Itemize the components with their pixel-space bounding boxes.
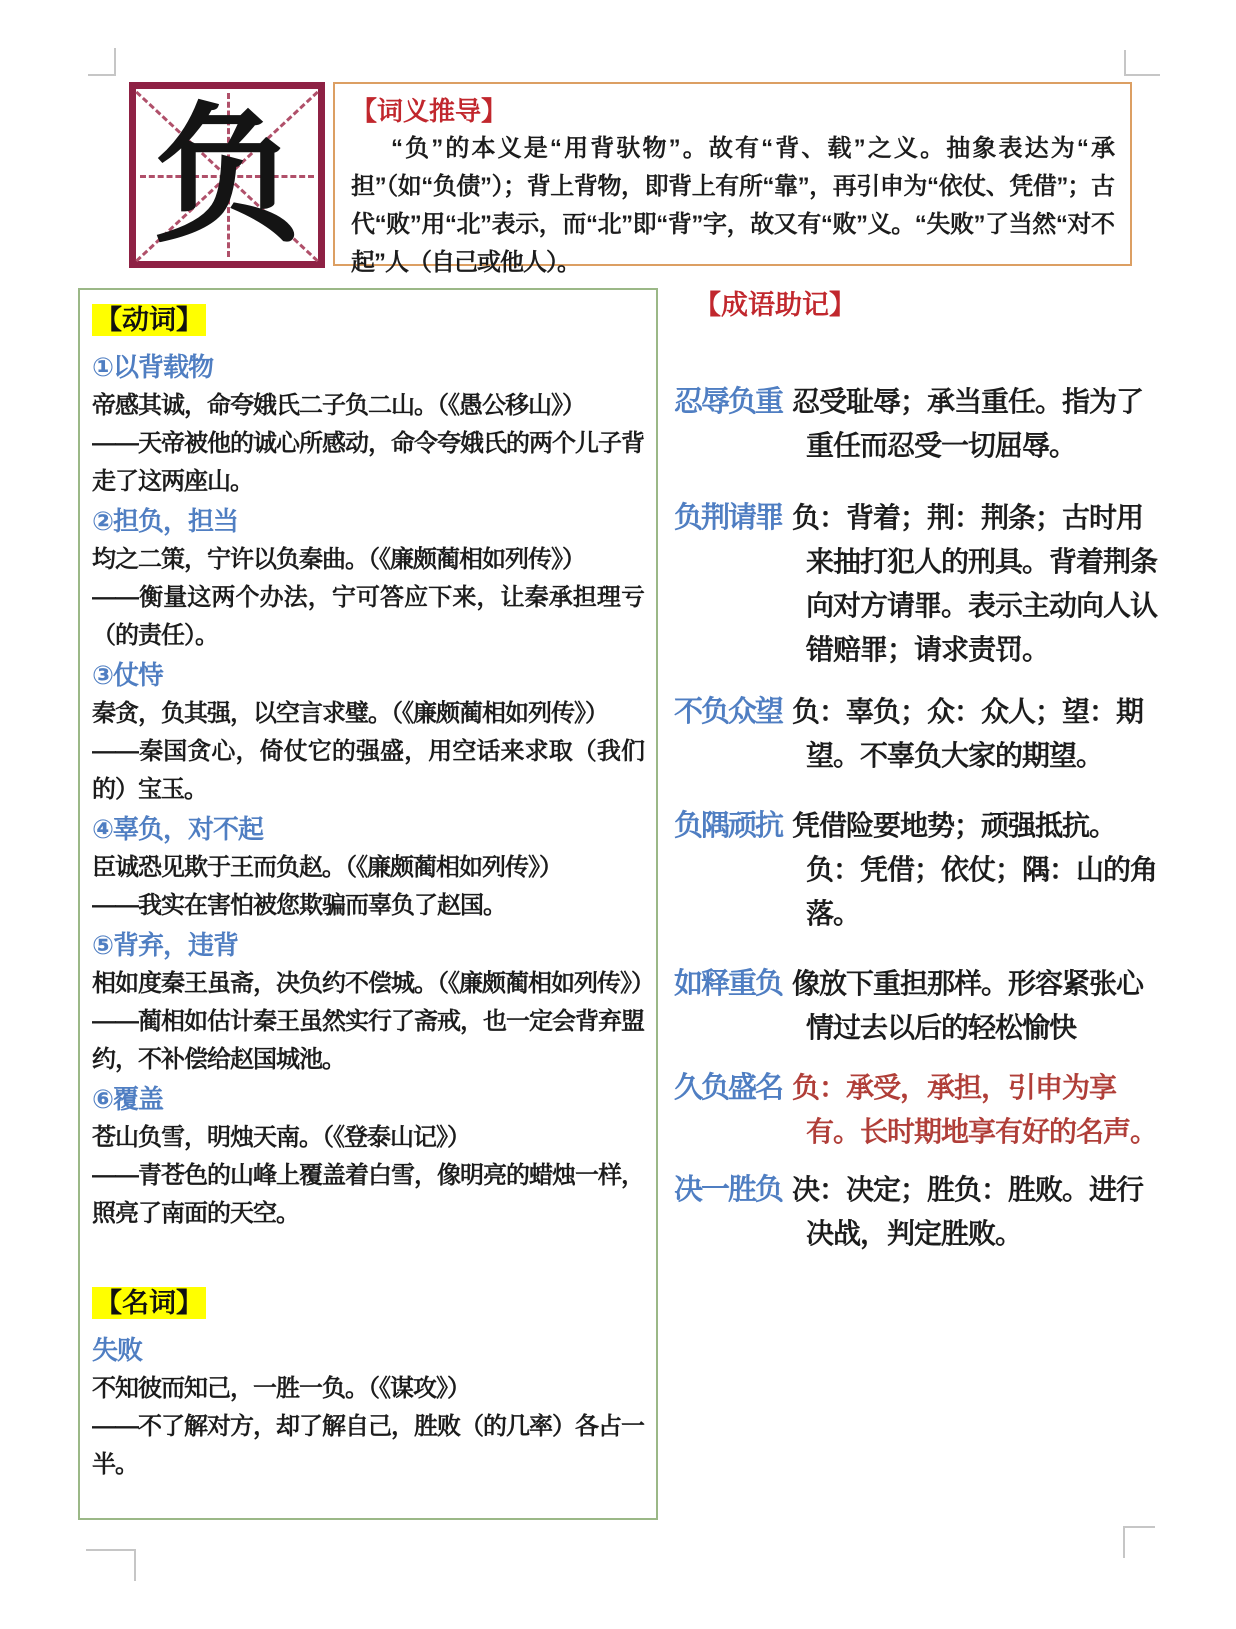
corner-crop-mark-top-left — [88, 48, 116, 76]
idiom-term: 久负盛名 — [674, 1066, 792, 1110]
sense-label: ⑤背弃，违背 — [92, 925, 644, 965]
derivation-box: 【词义推导】 “负”的本义是“用背驮物”。故有“背、载”之义。抽象表达为“承担”… — [333, 82, 1132, 266]
idiom-entry: 如释重负 像放下重担那样。形容紧张心情过去以后的轻松愉快 — [660, 962, 1160, 1050]
idiom-definition: 负：背着；荆：荆条；古时用来抽打犯人的刑具。背着荆条向对方请罪。表示主动向人认错… — [792, 496, 1160, 672]
sense-translation: ——衡量这两个办法，宁可答应下来，让秦承担理亏（的责任）。 — [92, 579, 644, 655]
verb-header-highlight: 【动词】 — [92, 304, 206, 336]
verb-sense: ①以背载物 帝感其诚，命夸娥氏二子负二山。（《愚公移山》） ——天帝被他的诚心所… — [92, 347, 644, 501]
idiom-term: 如释重负 — [674, 962, 792, 1006]
idiom-entry: 负隅顽抗 凭借险要地势；顽强抵抗。 负：凭借；依仗；隅：山的角落。 — [660, 804, 1160, 936]
sense-translation: ——天帝被他的诚心所感动，命令夸娥氏的两个儿子背走了这两座山。 — [92, 425, 644, 501]
idiom-entry: 忍辱负重 忍受耻辱；承当重任。指为了重任而忍受一切屈辱。 — [660, 380, 1160, 468]
idiom-term: 不负众望 — [674, 690, 792, 734]
sense-quote: 相如度秦王虽斋，决负约不偿城。（《廉颇蔺相如列传》） — [92, 965, 644, 1003]
sense-translation: ——青苍色的山峰上覆盖着白雪，像明亮的蜡烛一样，照亮了南面的天空。 — [92, 1157, 644, 1233]
sense-label: 失败 — [92, 1330, 644, 1370]
idiom-entry: 负荆请罪 负：背着；荆：荆条；古时用来抽打犯人的刑具。背着荆条向对方请罪。表示主… — [660, 496, 1160, 672]
verb-sense: ④辜负，对不起 臣诚恐见欺于王而负赵。（《廉颇蔺相如列传》） ——我实在害怕被您… — [92, 809, 644, 925]
noun-section: 【名词】 失败 不知彼而知己，一胜一负。（《谋攻》） ——不了解对方，却了解自己… — [92, 1281, 644, 1484]
verb-sense: ②担负，担当 均之二策，宁许以负秦曲。（《廉颇蔺相如列传》） ——衡量这两个办法… — [92, 501, 644, 655]
verb-section-header: 【动词】 — [92, 298, 644, 347]
sense-quote: 帝感其诚，命夸娥氏二子负二山。（《愚公移山》） — [92, 387, 644, 425]
idiom-panel: 【成语助记】 忍辱负重 忍受耻辱；承当重任。指为了重任而忍受一切屈辱。 负荆请罪… — [660, 288, 1160, 1256]
corner-crop-mark-bottom-right — [1123, 1526, 1155, 1558]
idiom-entry: 久负盛名 负：承受，承担，引申为享有。长时期地享有好的名声。 — [660, 1066, 1160, 1154]
idiom-entry: 决一胜负 决：决定；胜负：胜败。进行决战，判定胜败。 — [660, 1168, 1160, 1256]
idiom-term: 忍辱负重 — [674, 380, 792, 424]
sense-quote: 臣诚恐见欺于王而负赵。（《廉颇蔺相如列传》） — [92, 849, 644, 887]
sense-translation: ——不了解对方，却了解自己，胜败（的几率）各占一半。 — [92, 1408, 644, 1484]
idiom-term: 负隅顽抗 — [674, 804, 792, 848]
idiom-definition-red: 负：承受，承担，引申为享有。长时期地享有好的名声。 — [792, 1066, 1160, 1154]
sense-label: ⑥覆盖 — [92, 1079, 644, 1119]
corner-crop-mark-top-right — [1124, 50, 1160, 76]
idiom-entry: 不负众望 负：辜负；众：众人；望：期望。不辜负大家的期望。 — [660, 690, 1160, 778]
verb-sense: ⑥覆盖 苍山负雪，明烛天南。（《登泰山记》） ——青苍色的山峰上覆盖着白雪，像明… — [92, 1079, 644, 1233]
sense-label: ①以背载物 — [92, 347, 644, 387]
noun-header-highlight: 【名词】 — [92, 1287, 206, 1319]
sense-quote: 均之二策，宁许以负秦曲。（《廉颇蔺相如列传》） — [92, 541, 644, 579]
idiom-definition: 负：辜负；众：众人；望：期望。不辜负大家的期望。 — [792, 690, 1160, 778]
study-sheet-page: 负 【词义推导】 “负”的本义是“用背驮物”。故有“背、载”之义。抽象表达为“承… — [0, 0, 1236, 1629]
sense-label: ③仗恃 — [92, 655, 644, 695]
sense-translation: ——秦国贪心，倚仗它的强盛，用空话来求取（我们的）宝玉。 — [92, 733, 644, 809]
idiom-term: 负荆请罪 — [674, 496, 792, 540]
character-practice-box: 负 — [129, 82, 325, 268]
noun-section-header: 【名词】 — [92, 1281, 644, 1330]
sense-quote: 苍山负雪，明烛天南。（《登泰山记》） — [92, 1119, 644, 1157]
corner-crop-mark-bottom-left — [86, 1549, 136, 1581]
headword-character: 负 — [136, 89, 318, 261]
idiom-definition: 决：决定；胜负：胜败。进行决战，判定胜败。 — [792, 1168, 1160, 1256]
sense-translation: ——我实在害怕被您欺骗而辜负了赵国。 — [92, 887, 644, 925]
idiom-definition: 忍受耻辱；承当重任。指为了重任而忍受一切屈辱。 — [792, 380, 1160, 468]
derivation-body: “负”的本义是“用背驮物”。故有“背、载”之义。抽象表达为“承担”（如“负债”）… — [351, 130, 1114, 282]
sense-label: ④辜负，对不起 — [92, 809, 644, 849]
derivation-title: 【词义推导】 — [351, 94, 1114, 128]
verb-sense: ⑤背弃，违背 相如度秦王虽斋，决负约不偿城。（《廉颇蔺相如列传》） ——蔺相如估… — [92, 925, 644, 1079]
idiom-definition: 像放下重担那样。形容紧张心情过去以后的轻松愉快 — [792, 962, 1160, 1050]
idiom-definition: 凭借险要地势；顽强抵抗。 负：凭借；依仗；隅：山的角落。 — [792, 804, 1160, 936]
sense-quote: 不知彼而知己，一胜一负。（《谋攻》） — [92, 1370, 644, 1408]
sense-label: ②担负，担当 — [92, 501, 644, 541]
verb-sense: ③仗恃 秦贪，负其强，以空言求璧。（《廉颇蔺相如列传》） ——秦国贪心，倚仗它的… — [92, 655, 644, 809]
sense-translation: ——蔺相如估计秦王虽然实行了斋戒，也一定会背弃盟约，不补偿给赵国城池。 — [92, 1003, 644, 1079]
idiom-section-title: 【成语助记】 — [694, 288, 1160, 322]
senses-panel: 【动词】 ①以背载物 帝感其诚，命夸娥氏二子负二山。（《愚公移山》） ——天帝被… — [78, 288, 658, 1520]
idiom-term: 决一胜负 — [674, 1168, 792, 1212]
sense-quote: 秦贪，负其强，以空言求璧。（《廉颇蔺相如列传》） — [92, 695, 644, 733]
